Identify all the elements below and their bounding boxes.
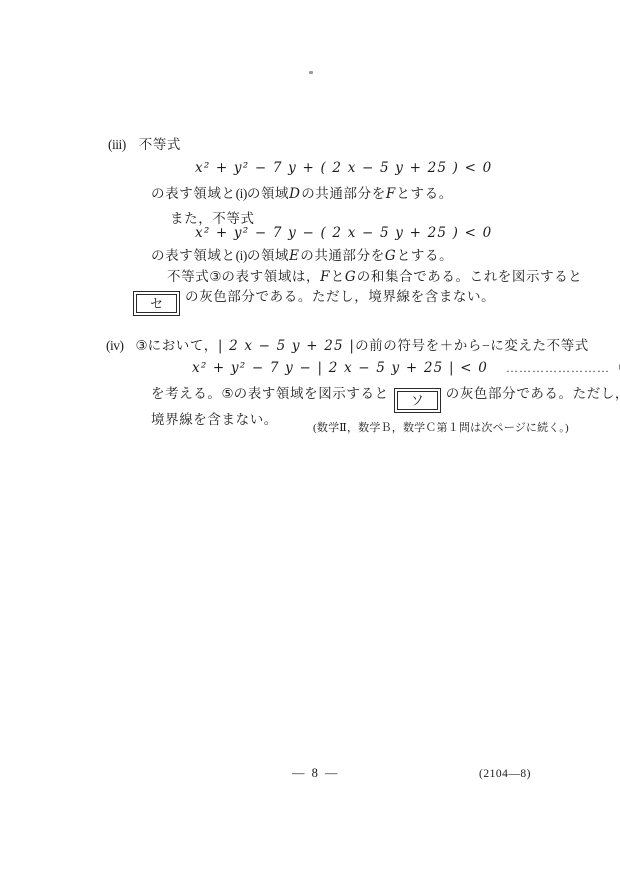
union-line: 不等式③の表す領域は，FとGの和集合である。これを図示すると xyxy=(167,268,582,286)
circled-3-ref-2: ③ xyxy=(135,338,147,353)
region-g-text-d: とする。 xyxy=(397,248,453,263)
region-g-text-a: の表す領域と xyxy=(151,248,236,263)
answer-box-so: ソ xyxy=(394,388,441,413)
formula-abs: x² + y² − 7 y − | 2 x − 5 y + 25 | < 0 xyxy=(192,360,488,376)
part-iii-heading: 不等式 xyxy=(139,137,181,152)
continuation-note: (数学Ⅱ，数学Ｂ，数学Ｃ第１問は次ページに続く。) xyxy=(313,419,569,437)
part-iii-label: (iii) xyxy=(108,137,126,152)
leader-dots: …………………… xyxy=(506,361,610,375)
roman-i-ref-2: (i) xyxy=(236,248,247,263)
union-text-c: と xyxy=(331,269,345,284)
consider-text-b: の表す領域を図示すると xyxy=(234,386,389,401)
part-iv-label: (iv) xyxy=(106,338,124,353)
part-iv-intro-b: の前の符号を＋から−に変えた不等式 xyxy=(355,338,589,353)
abs-expression-inline: | 2 x − 5 y + 25 | xyxy=(218,338,355,354)
circled-5-ref: ⑤ xyxy=(222,386,234,401)
var-f: F xyxy=(386,186,397,202)
region-f-text-d: とする。 xyxy=(396,186,452,201)
region-g-line: の表す領域と(i)の領域Eの共通部分をGとする。 xyxy=(151,247,453,265)
page-number: — 8 — xyxy=(292,764,340,782)
union-text-a: 不等式 xyxy=(167,269,209,284)
var-g-2: G xyxy=(345,269,357,285)
region-f-text-a: の表す領域と xyxy=(151,186,236,201)
region-f-text-b: の領域 xyxy=(247,186,289,201)
answer-se-row: セの灰色部分である。ただし，境界線を含まない。 xyxy=(128,288,495,316)
formula-minus: x² + y² − 7 y − ( 2 x − 5 y + 25 ) < 0 xyxy=(195,224,492,242)
answer-so-row: を考える。⑤の表す領域を図示するとソの灰色部分である。ただし， xyxy=(151,385,620,413)
formula-plus: x² + y² − 7 y + ( 2 x − 5 y + 25 ) < 0 xyxy=(195,159,492,177)
print-code: (2104—8) xyxy=(479,765,531,783)
scan-speck xyxy=(309,71,313,74)
var-g: G xyxy=(385,248,397,264)
union-text-d: の和集合である。これを図示すると xyxy=(357,269,583,284)
roman-i-ref: (i) xyxy=(236,186,247,201)
var-d: D xyxy=(289,186,301,202)
part-iii-heading-line: (iii) 不等式 xyxy=(108,136,181,154)
consider-text-a: を考える。 xyxy=(151,386,222,401)
formula-abs-row: x² + y² − 7 y − | 2 x − 5 y + 25 | < 0 …… xyxy=(192,359,620,377)
var-e: E xyxy=(289,248,300,264)
part-iv-intro-a: において， xyxy=(148,338,218,353)
scanned-exam-page: (iii) 不等式 x² + y² − 7 y + ( 2 x − 5 y + … xyxy=(0,0,620,876)
region-f-text-c: の共通部分を xyxy=(301,186,386,201)
answer-se-tail: の灰色部分である。ただし，境界線を含まない。 xyxy=(185,289,495,304)
region-f-line: の表す領域と(i)の領域Dの共通部分をFとする。 xyxy=(151,185,453,203)
part-iv-intro-line: (iv) ③において，| 2 x − 5 y + 25 |の前の符号を＋から−に… xyxy=(106,337,589,355)
answer-box-se-label: セ xyxy=(136,294,177,313)
answer-box-so-label: ソ xyxy=(397,391,438,410)
answer-so-tail: の灰色部分である。ただし， xyxy=(446,386,620,401)
region-g-text-c: の共通部分を xyxy=(300,248,385,263)
union-text-b: の表す領域は， xyxy=(221,269,320,284)
circled-3-ref: ③ xyxy=(209,269,221,284)
region-g-text-b: の領域 xyxy=(247,248,289,263)
answer-box-se: セ xyxy=(133,291,180,316)
part-iv-last-line: 境界線を含まない。 xyxy=(151,411,278,429)
var-f-2: F xyxy=(320,269,331,285)
